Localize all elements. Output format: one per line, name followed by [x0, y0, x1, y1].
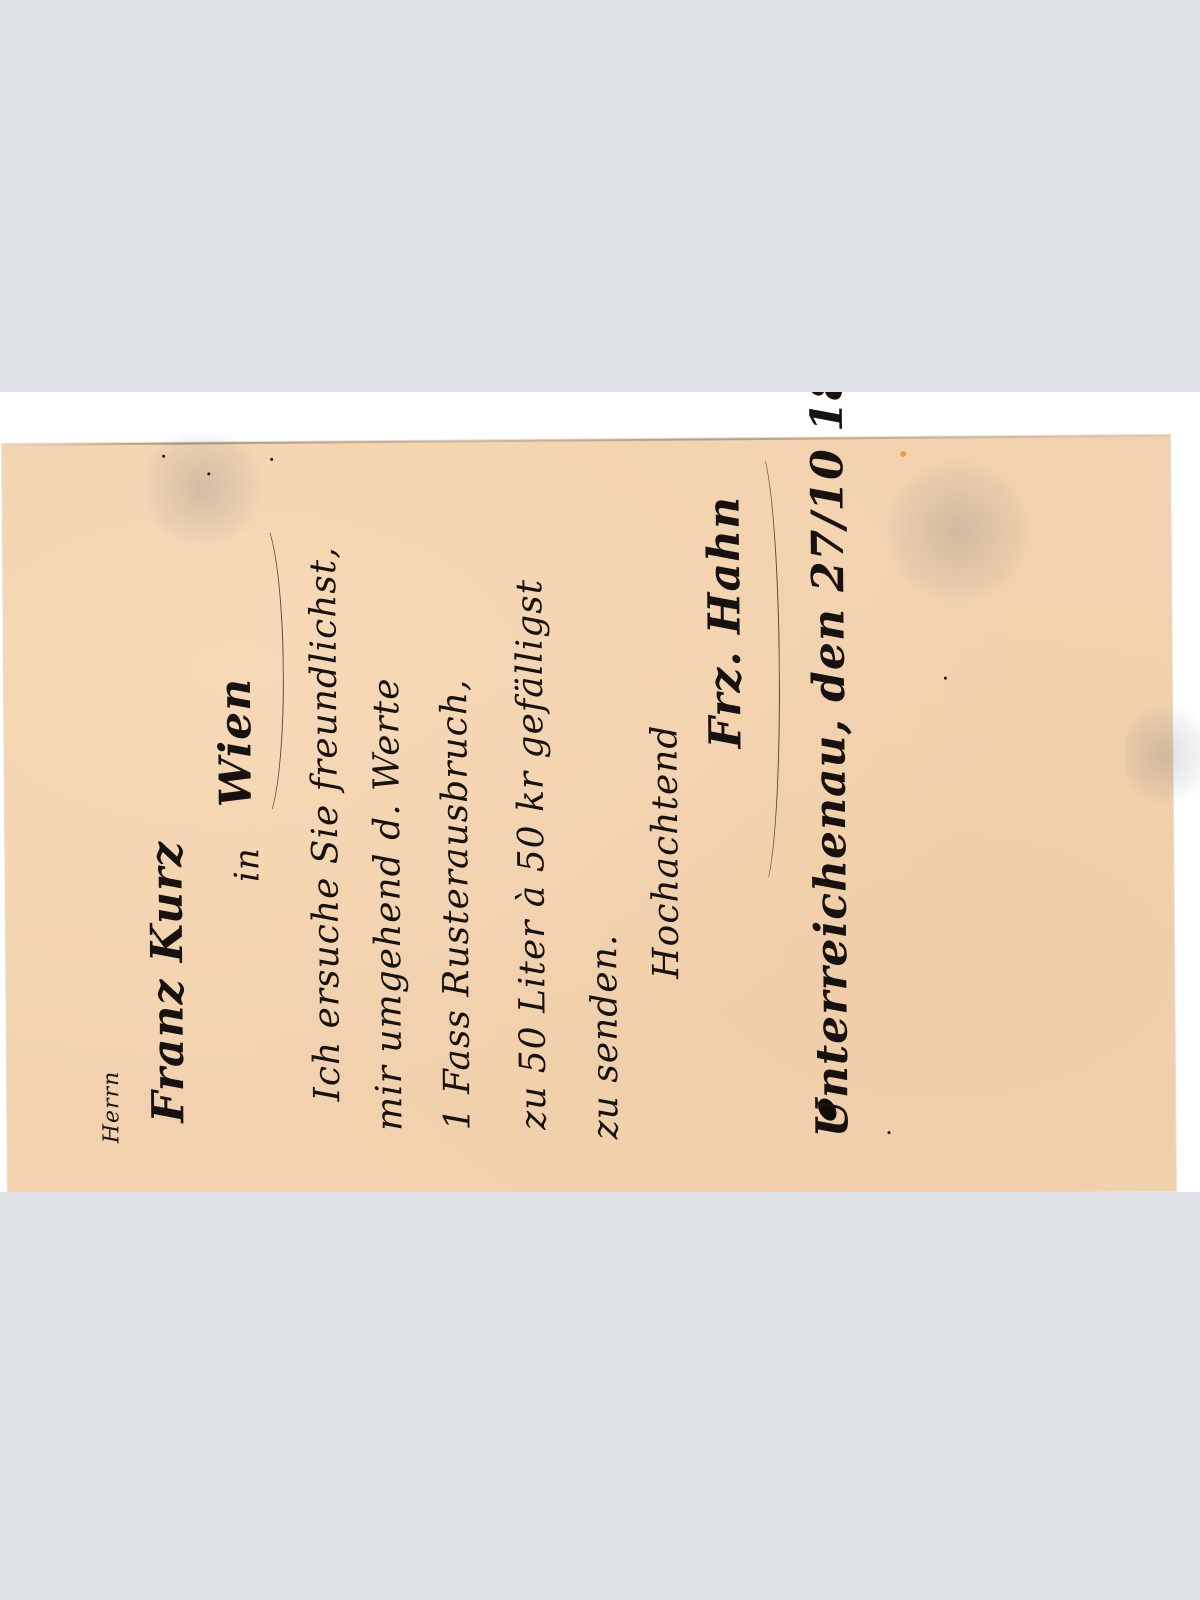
salutation: Herrn — [99, 1071, 125, 1144]
message-line-3: 1 Fass Rusterausbruch, — [434, 678, 479, 1130]
ink-speck — [207, 472, 210, 475]
signature-underline-flourish — [740, 448, 781, 890]
place-prefix: in — [227, 847, 267, 882]
postmark-smudge — [132, 432, 273, 543]
closing: Hochachtend — [644, 724, 687, 979]
message-line-1: Ich ersuche Sie freundlichst, — [303, 546, 348, 1102]
ink-speck — [162, 455, 165, 458]
recipient-name: Franz Kurz — [141, 841, 194, 1123]
postmark-smudge — [882, 456, 1033, 607]
scanned-postcard: Herrn Franz Kurz in Wien Ich ersuche Sie… — [0, 392, 1200, 1192]
ink-speck — [270, 458, 273, 461]
place-date: Unterreichenau, den 27/10 1897. — [801, 392, 859, 1138]
message-line-2: mir umgehend d. Werte — [366, 677, 411, 1131]
ink-speck — [887, 1131, 890, 1134]
postmark-smudge — [1124, 695, 1200, 816]
message-line-5: zu senden. — [584, 934, 627, 1140]
postcard-card: Herrn Franz Kurz in Wien Ich ersuche Sie… — [2, 435, 1176, 1192]
ink-speck — [944, 677, 947, 680]
stain-spot — [900, 451, 906, 457]
message-line-4: zu 50 Liter à 50 kr gefälligst — [509, 579, 554, 1130]
